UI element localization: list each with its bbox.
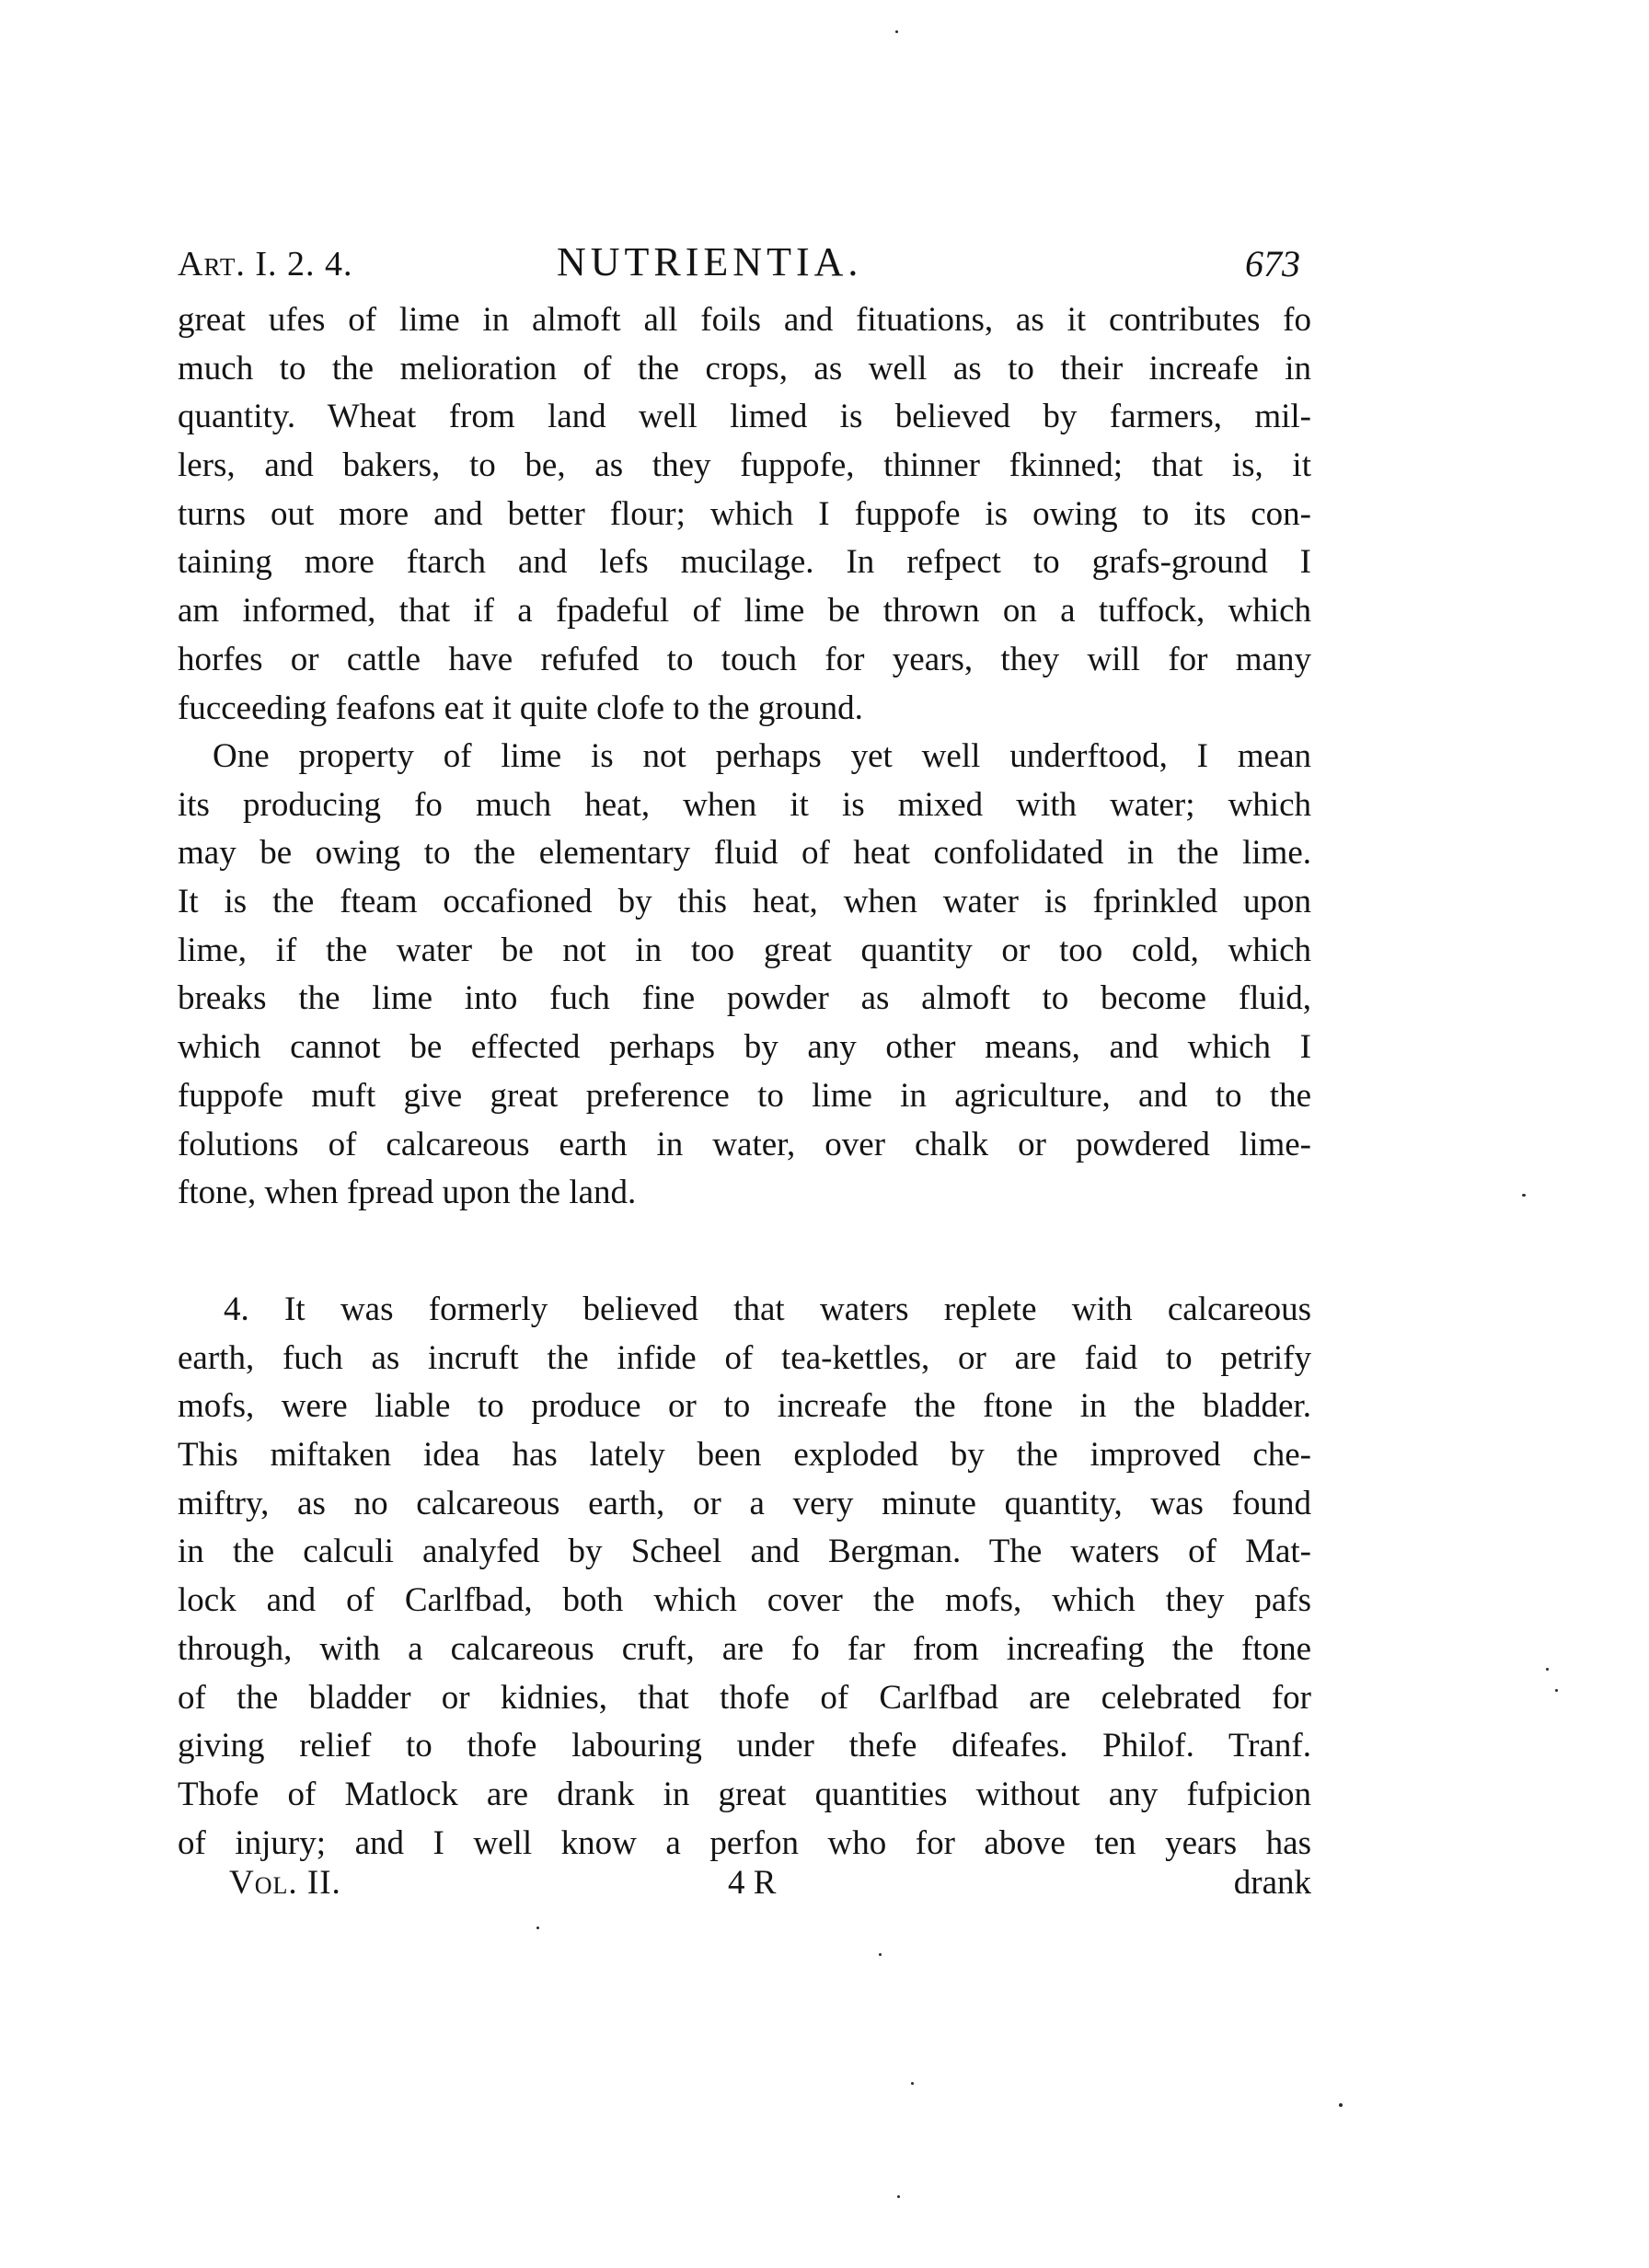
text-line: lime, if the water be not in too great q…	[178, 927, 1311, 976]
scan-speck	[1339, 2103, 1343, 2107]
scan-speck	[895, 30, 898, 33]
volume-label: Vol. II.	[229, 1859, 341, 1907]
text-line: am informed, that if a fpadeful of lime …	[178, 587, 1311, 636]
text-line: in the calculi analyfed by Scheel and Be…	[178, 1528, 1311, 1577]
text-line: folutions of calcareous earth in water, …	[178, 1121, 1311, 1170]
signature-mark: 4 R	[728, 1859, 776, 1907]
text-line: through, with a calcareous cruft, are fo…	[178, 1626, 1311, 1674]
text-line: breaks the lime into fuch fine powder as…	[178, 975, 1311, 1024]
text-line: horfes or cattle have refufed to touch f…	[178, 636, 1311, 685]
text-line: of the bladder or kidnies, that thofe of…	[178, 1674, 1311, 1723]
paragraph-section-4-calcareous-waters: 4. It was formerly believed that waters …	[178, 1286, 1311, 1868]
scan-speck	[879, 1953, 882, 1956]
text-line: quantity. Wheat from land well limed is …	[178, 393, 1311, 442]
scan-speck	[1555, 1689, 1558, 1692]
text-line: may be owing to the elementary fluid of …	[178, 829, 1311, 878]
text-line: its producing fo much heat, when it is m…	[178, 781, 1311, 830]
text-line: fuppofe muft give great preference to li…	[178, 1072, 1311, 1121]
text-line: which cannot be effected perhaps by any …	[178, 1024, 1311, 1072]
paragraph-lime-heat: One property of lime is not perhaps yet …	[178, 733, 1311, 1218]
text-line: One property of lime is not perhaps yet …	[178, 733, 1311, 781]
running-header: Art. I. 2. 4. NUTRIENTIA. 673	[178, 241, 1311, 287]
paragraph-lime-uses: great ufes of lime in almoft all foils a…	[178, 296, 1311, 733]
scan-speck	[897, 2195, 900, 2198]
text-line: mofs, were liable to produce or to incre…	[178, 1383, 1311, 1431]
text-line: It is the fteam occafioned by this heat,…	[178, 878, 1311, 927]
text-line: lers, and bakers, to be, as they fuppofe…	[178, 442, 1311, 491]
scan-speck	[1522, 1194, 1526, 1197]
text-line: earth, fuch as incruft the infide of tea…	[178, 1335, 1311, 1383]
section-reference: Art. I. 2. 4.	[178, 241, 352, 287]
book-page: Art. I. 2. 4. NUTRIENTIA. 673 great ufes…	[0, 0, 1649, 2268]
signature-line: Vol. II. 4 R drank	[178, 1859, 1311, 1907]
scan-speck	[1546, 1668, 1549, 1671]
text-line: taining more ftarch and lefs mucilage. I…	[178, 538, 1311, 587]
scan-speck	[536, 1927, 539, 1929]
text-line: ftone, when fpread upon the land.	[178, 1169, 1311, 1218]
text-line: 4. It was formerly believed that waters …	[178, 1286, 1311, 1335]
text-line: turns out more and better flour; which I…	[178, 491, 1311, 539]
catchword: drank	[1234, 1859, 1311, 1907]
running-title: NUTRIENTIA.	[557, 239, 862, 285]
page-number: 673	[1245, 241, 1300, 287]
text-line: Thofe of Matlock are drank in great quan…	[178, 1771, 1311, 1820]
text-line: This miftaken idea has lately been explo…	[178, 1431, 1311, 1480]
text-line: giving relief to thofe labouring under t…	[178, 1722, 1311, 1771]
scan-speck	[911, 2082, 914, 2085]
text-line: fucceeding feafons eat it quite clofe to…	[178, 685, 1311, 734]
text-line: miftry, as no calcareous earth, or a ver…	[178, 1480, 1311, 1529]
text-line: much to the melioration of the crops, as…	[178, 345, 1311, 394]
text-line: lock and of Carlfbad, both which cover t…	[178, 1577, 1311, 1626]
text-line: great ufes of lime in almoft all foils a…	[178, 296, 1311, 345]
